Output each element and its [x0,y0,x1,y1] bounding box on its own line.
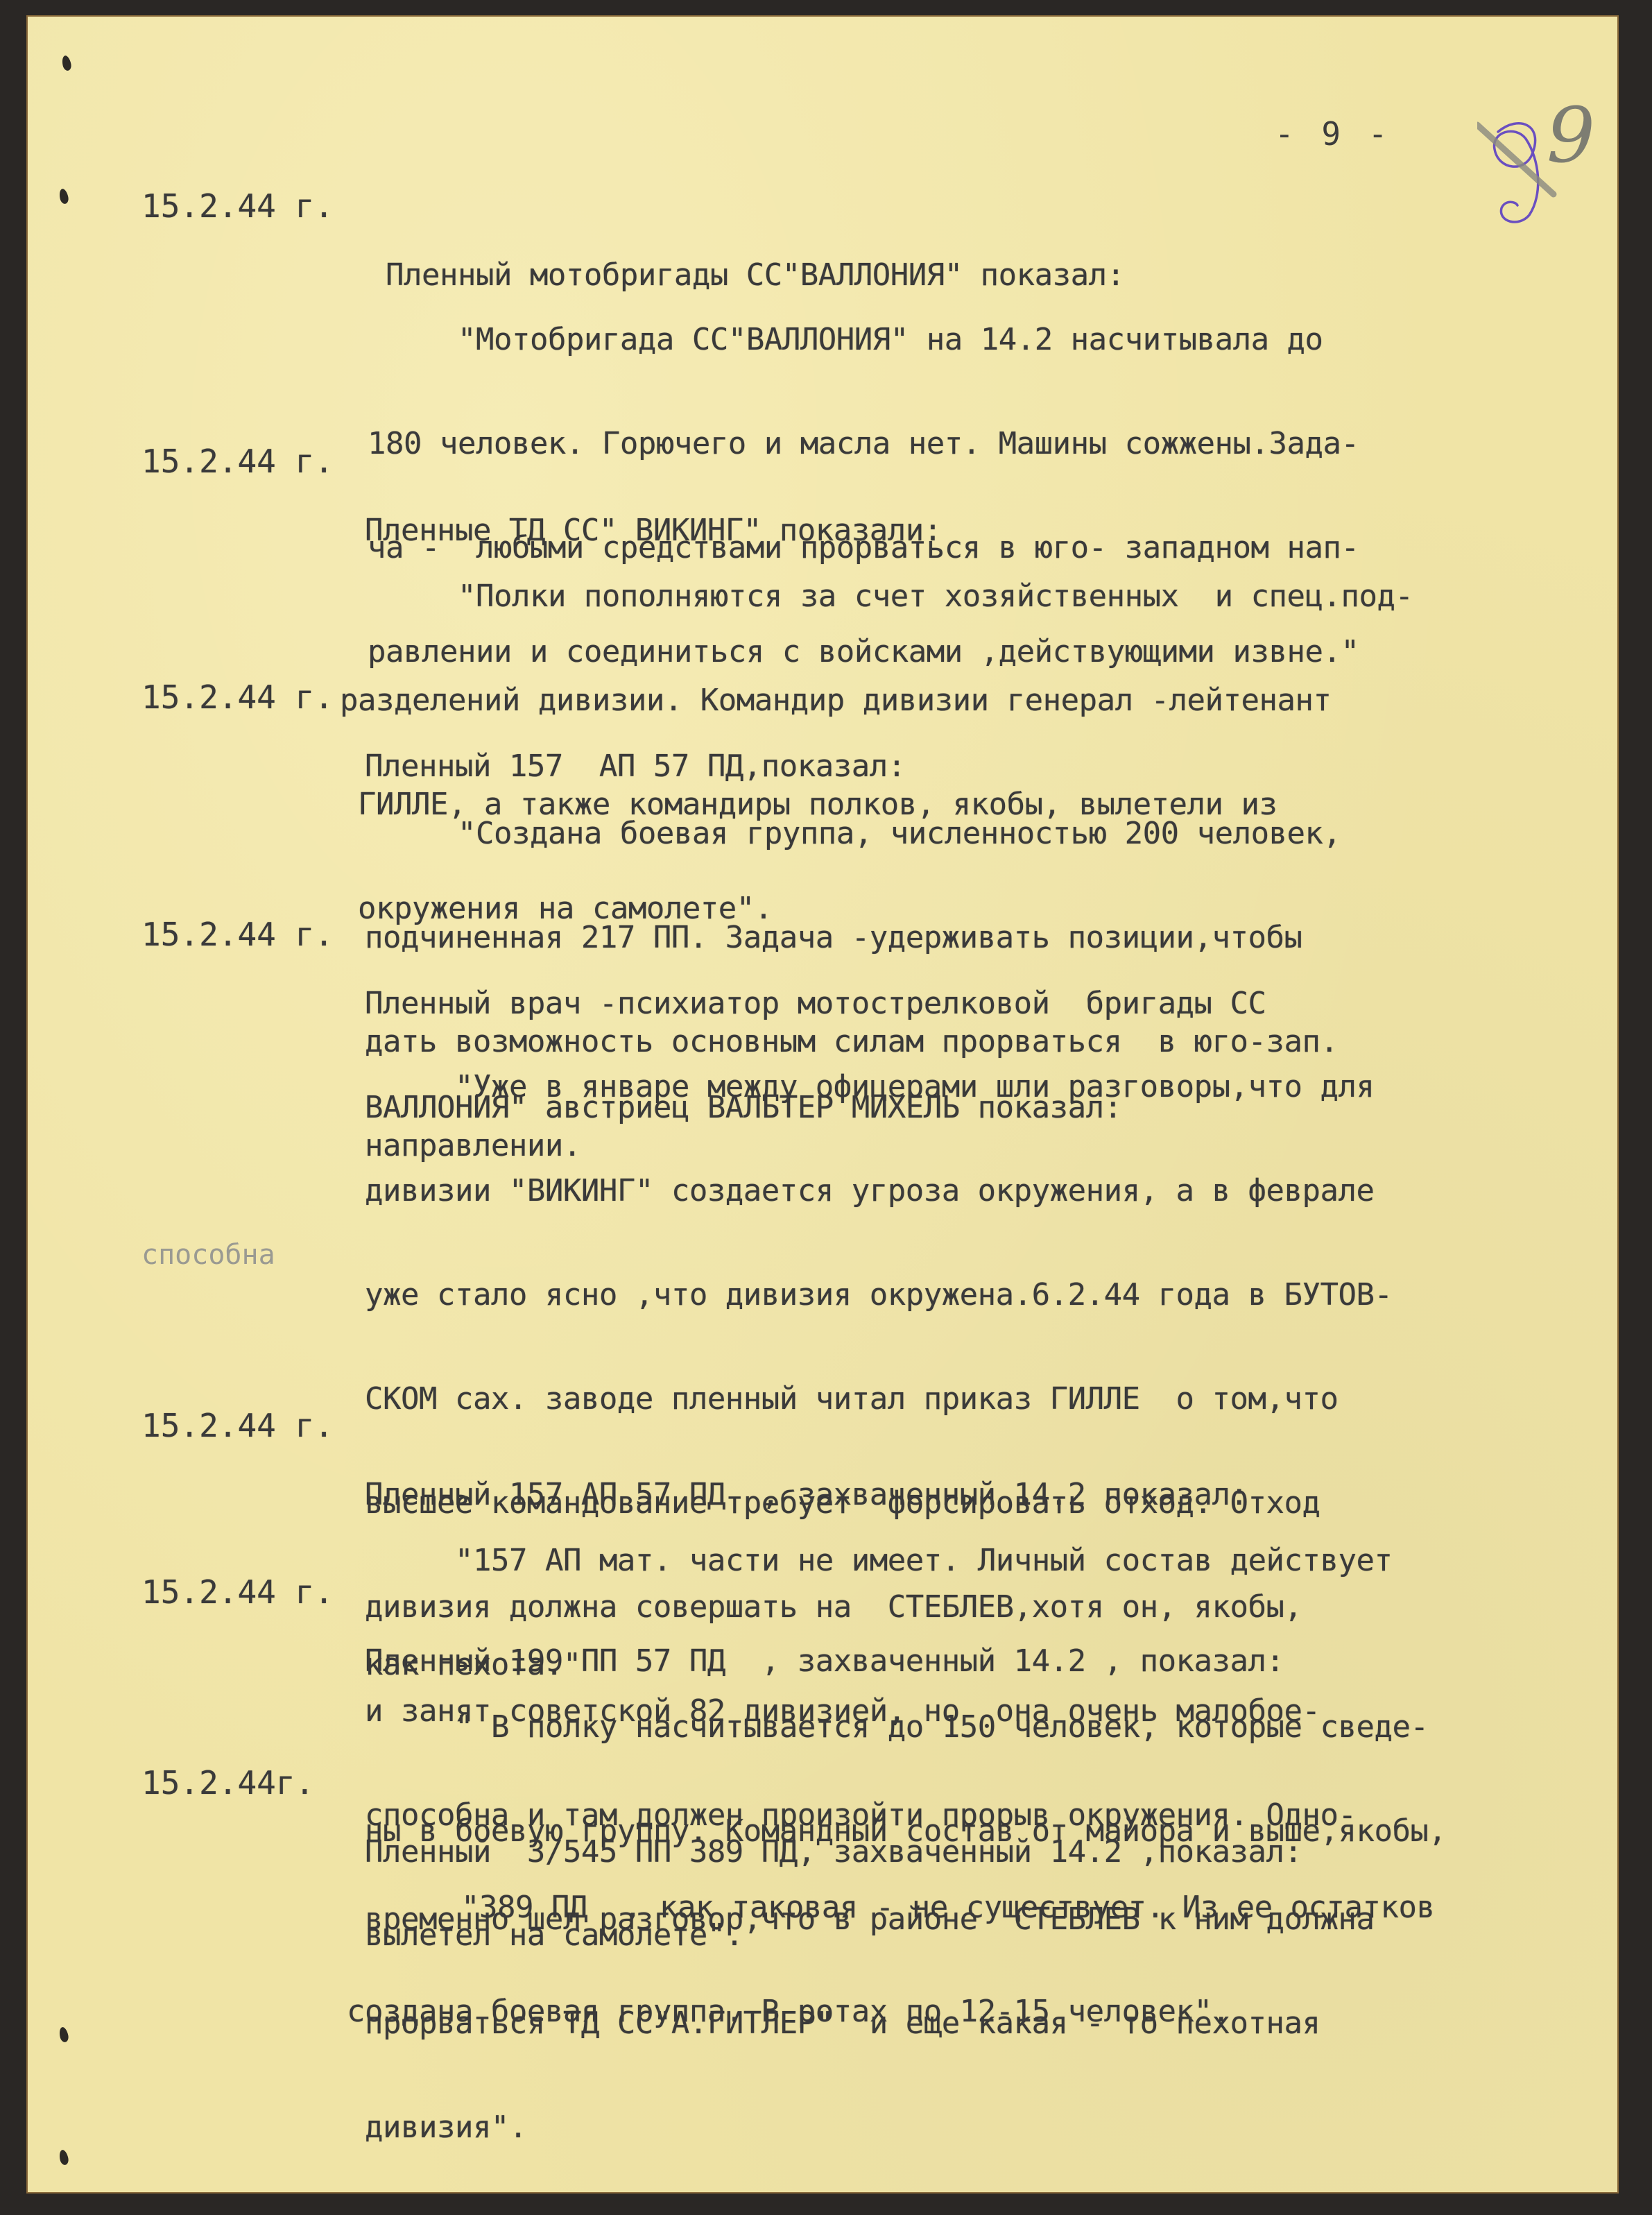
quote-line: уже стало ясно ,что дивизия окружена.6.2… [365,1278,1392,1312]
entry-date: 15.2.44 г. [141,189,334,223]
quote-line: "Полки пополняются за счет хозяйственных… [340,579,1413,614]
quote-line: "157 АП мат. части не имеет. Личный сост… [365,1543,1393,1578]
entry-date: 15.2.44г. [141,1765,314,1800]
quote-line: " В полку насчитывается до 150 человек, … [365,1710,1446,1745]
quote-line: "389 ПД , как таковая - не существует. И… [347,1890,1434,1925]
punch-hole [58,188,69,205]
punch-hole [58,2149,69,2166]
margin-note: способна [141,1240,275,1270]
entry-date: 15.2.44 г. [141,680,334,715]
handwritten-pencil-number: 9 [1547,97,1595,173]
entry-date: 15.2.44 г. [141,917,334,952]
entry-date: 15.2.44 г. [141,1408,334,1443]
quote-line: "Создана боевая группа, численностью 200… [347,816,1341,851]
quote-line: создана боевая группа. В ротах по 12-15 … [347,1994,1434,2029]
entry-quote: "389 ПД , как таковая - не существует. И… [347,1821,1434,2064]
quote-line: дивизии "ВИКИНГ" создается угроза окруже… [365,1174,1392,1208]
page-number: - 9 - [1275,115,1391,153]
quote-line: "Уже в январе между офицерами шли разгов… [365,1070,1392,1104]
entry-date: 15.2.44 г. [141,444,334,479]
punch-hole [61,55,72,71]
punch-hole [58,2026,69,2043]
entry-date: 15.2.44 г. [141,1575,334,1609]
quote-line: дивизия". [365,2110,1392,2145]
quote-line: "Мотобригада СС"ВАЛЛОНИЯ" на 14.2 насчит… [368,323,1359,357]
